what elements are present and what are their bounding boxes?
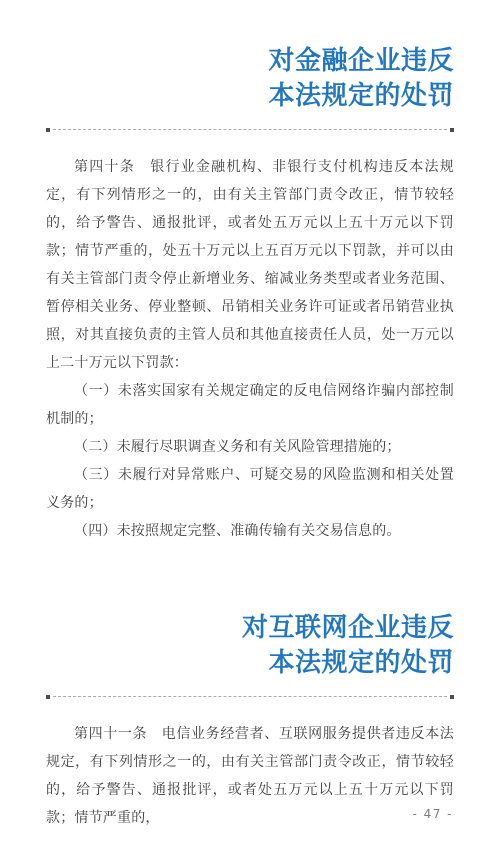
- section-title: 对金融企业违反 本法规定的处罚: [46, 44, 454, 114]
- divider-endpoint-square-icon: [46, 695, 50, 699]
- article-paragraph: 第四十条 银行业金融机构、非银行支付机构违反本法规定，有下列情形之一的，由有关主…: [46, 153, 454, 377]
- document-page: 对金融企业违反 本法规定的处罚 第四十条 银行业金融机构、非银行支付机构违反本法…: [0, 0, 500, 853]
- divider-endpoint-square-icon: [450, 695, 454, 699]
- section-title-line2: 本法规定的处罚: [268, 81, 454, 111]
- divider-endpoint-square-icon: [450, 128, 454, 132]
- divider-endpoint-square-icon: [46, 128, 50, 132]
- divider-dashed-line: [53, 129, 447, 130]
- article-paragraph: 第四十一条 电信业务经营者、互联网服务提供者违反本法规定，有下列情形之一的，由有…: [46, 720, 454, 832]
- list-item-paragraph: （一）未落实国家有关规定确定的反电信网络诈骗内部控制机制的；: [46, 377, 454, 433]
- page-number: - 47 -: [412, 807, 453, 821]
- section-title-line1: 对互联网企业违反: [242, 613, 454, 643]
- list-item-paragraph: （四）未按照规定完整、准确传输有关交易信息的。: [46, 517, 454, 545]
- section-financial-penalties: 对金融企业违反 本法规定的处罚 第四十条 银行业金融机构、非银行支付机构违反本法…: [46, 44, 454, 545]
- article-40-body: 第四十条 银行业金融机构、非银行支付机构违反本法规定，有下列情形之一的，由有关主…: [46, 153, 454, 545]
- section-divider: [46, 127, 454, 132]
- section-internet-penalties: 对互联网企业违反 本法规定的处罚 第四十一条 电信业务经营者、互联网服务提供者违…: [46, 611, 454, 832]
- section-title-line1: 对金融企业违反: [268, 46, 454, 76]
- section-divider: [46, 694, 454, 699]
- list-item-paragraph: （三）未履行对异常账户、可疑交易的风险监测和相关处置义务的；: [46, 461, 454, 517]
- section-title: 对互联网企业违反 本法规定的处罚: [46, 611, 454, 681]
- section-title-line2: 本法规定的处罚: [268, 648, 454, 678]
- list-item-paragraph: （二）未履行尽职调查义务和有关风险管理措施的；: [46, 433, 454, 461]
- article-41-body: 第四十一条 电信业务经营者、互联网服务提供者违反本法规定，有下列情形之一的，由有…: [46, 720, 454, 832]
- divider-dashed-line: [53, 696, 447, 697]
